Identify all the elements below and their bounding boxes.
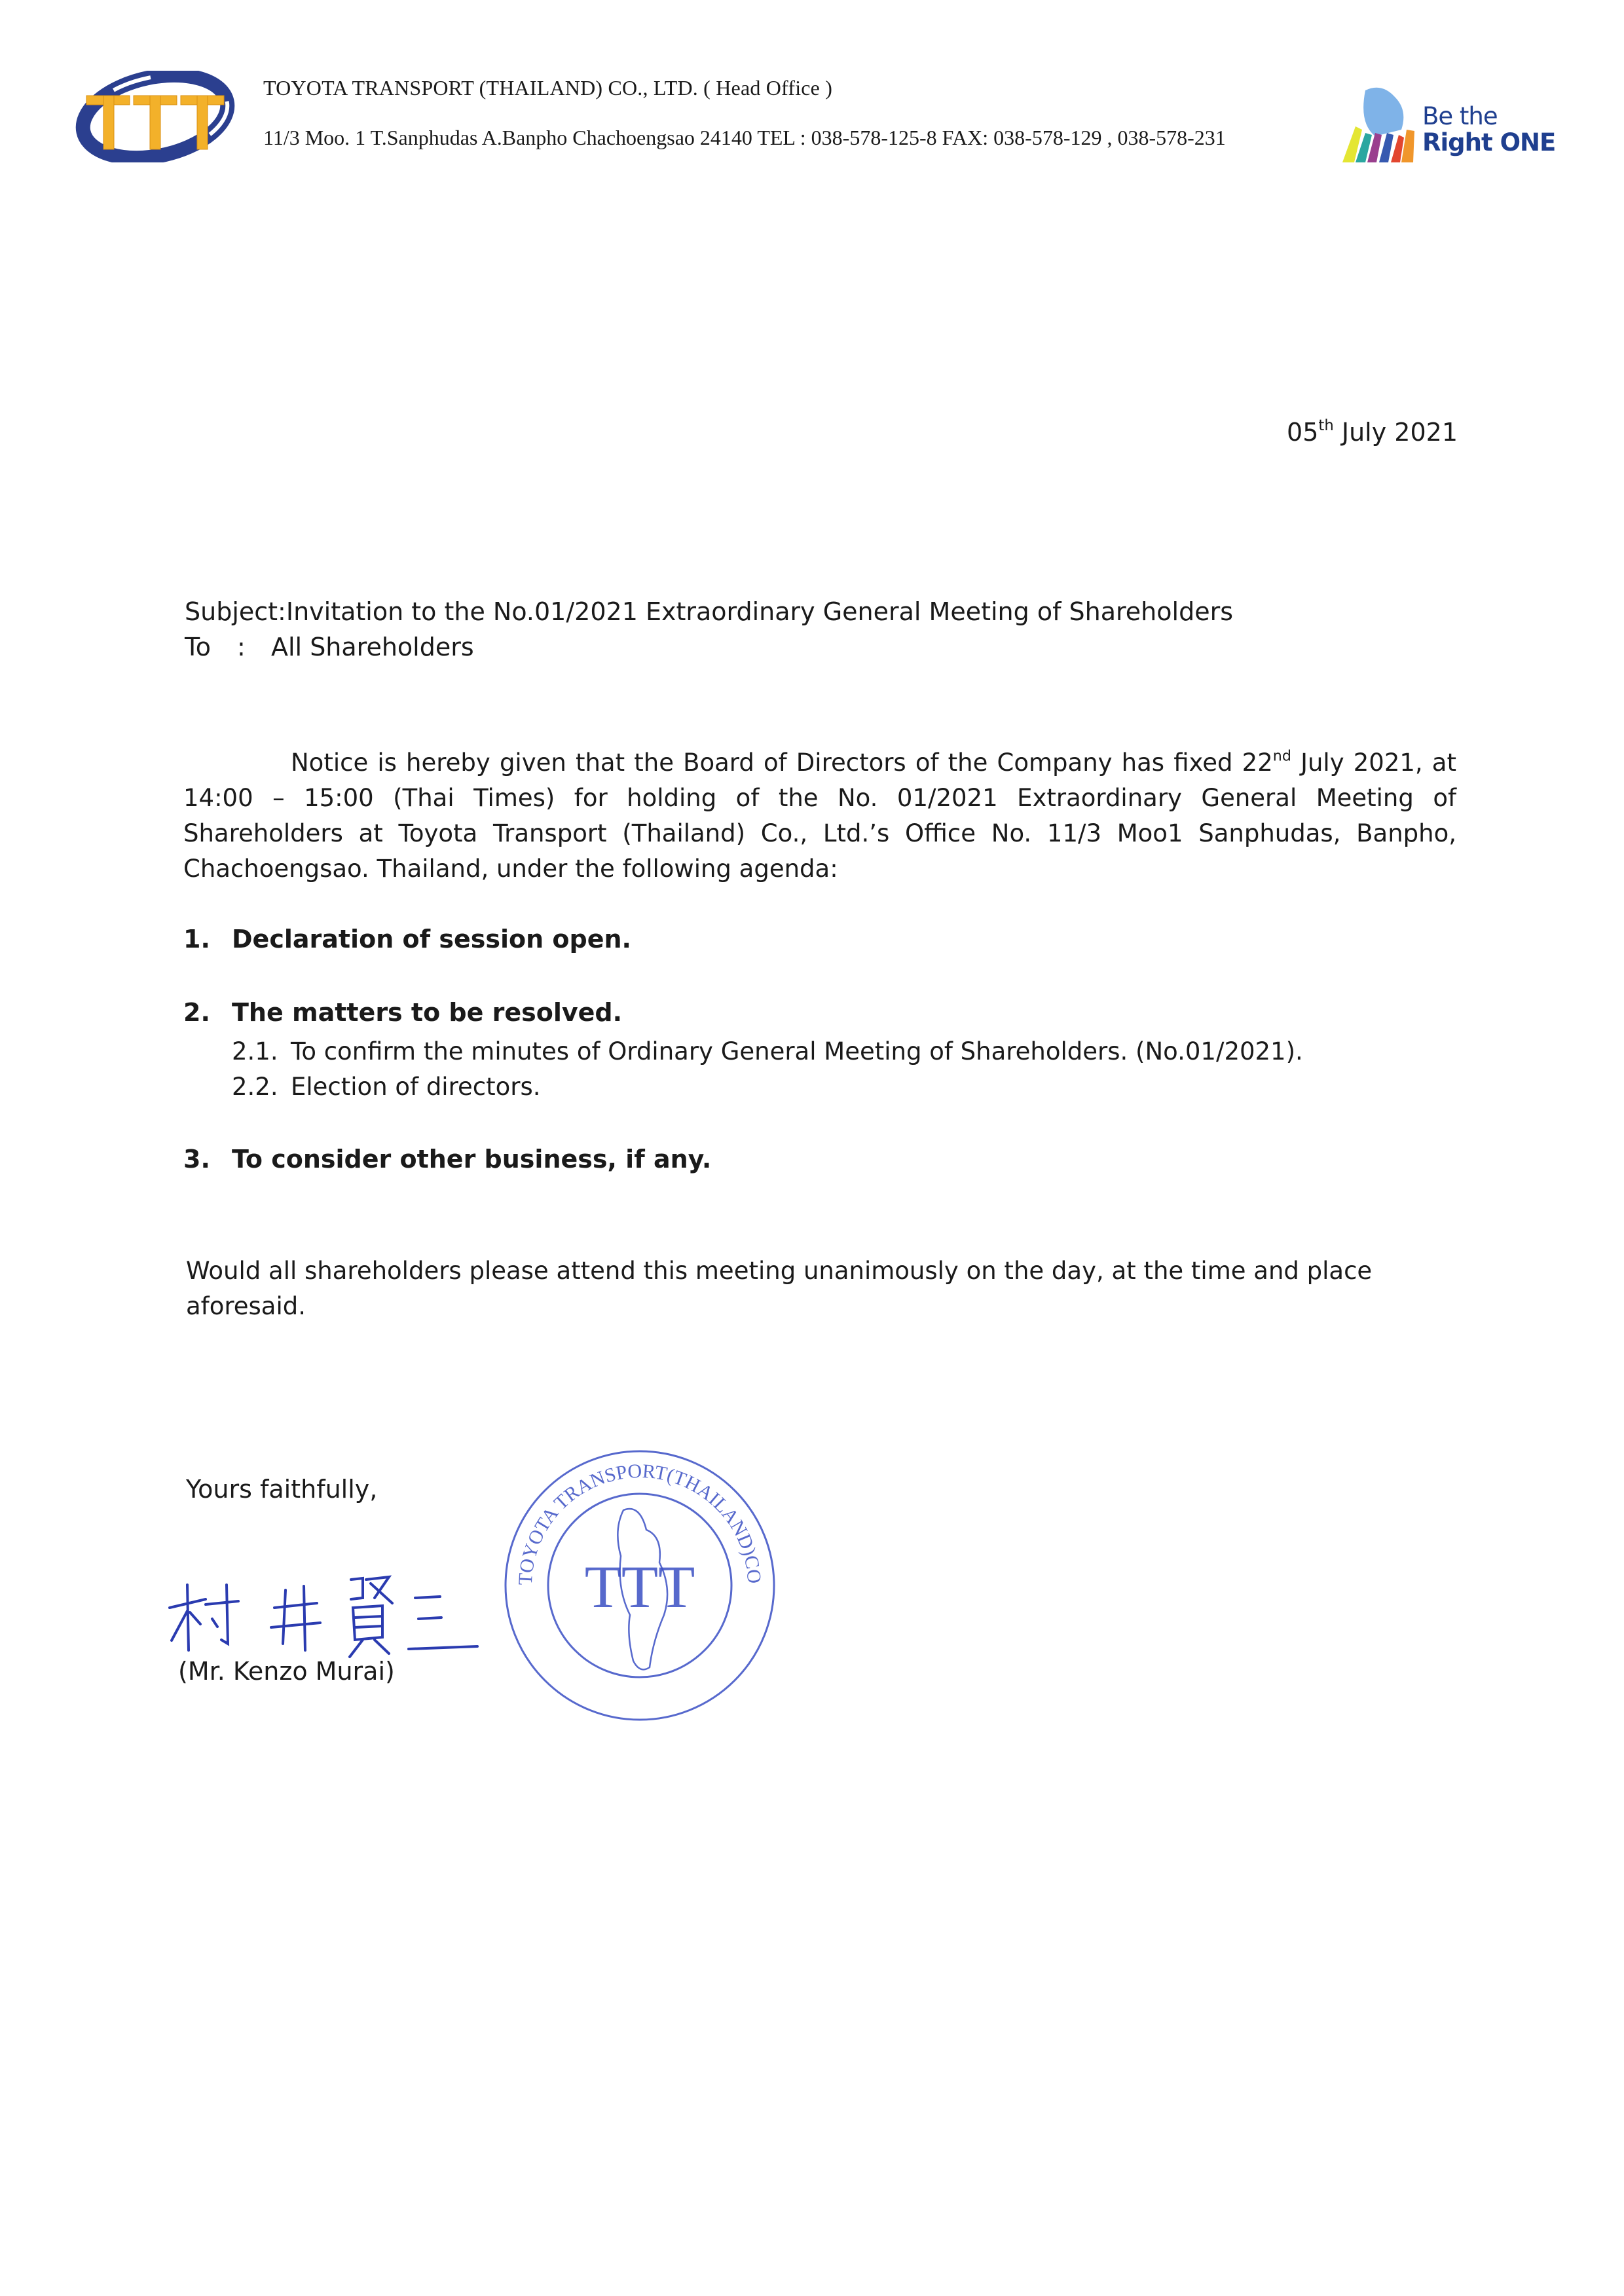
seal-center-text: TTT xyxy=(585,1553,695,1620)
ttt-logo-icon xyxy=(73,71,237,162)
logo-line1: Be the xyxy=(1422,103,1555,130)
be-the-right-one-logo-icon: Be the Right ONE xyxy=(1336,77,1559,169)
sign-off: Yours faithfully, xyxy=(186,1475,377,1504)
notice-paragraph: Notice is hereby given that the Board of… xyxy=(183,745,1456,887)
closing-paragraph: Would all shareholders please attend thi… xyxy=(186,1253,1456,1324)
agenda-item-1: 1.Declaration of session open. xyxy=(183,925,631,954)
agenda-subitem-2-1: 2.1.To confirm the minutes of Ordinary G… xyxy=(232,1037,1303,1065)
agenda-item-3: 3.To consider other business, if any. xyxy=(183,1145,711,1174)
letter-date: 05th July 2021 xyxy=(1287,418,1458,447)
company-address: 11/3 Moo. 1 T.Sanphudas A.Banpho Chachoe… xyxy=(263,126,1226,150)
recipient-line: To:All Shareholders xyxy=(185,633,474,661)
company-name: TOYOTA TRANSPORT (THAILAND) CO., LTD. ( … xyxy=(263,76,832,100)
signature-icon xyxy=(166,1572,481,1663)
agenda-item-2: 2.The matters to be resolved. xyxy=(183,998,622,1027)
subject-line: Subject:Invitation to the No.01/2021 Ext… xyxy=(185,597,1233,626)
logo-line2: Right ONE xyxy=(1422,130,1555,156)
signatory-name: (Mr. Kenzo Murai) xyxy=(178,1657,395,1686)
company-seal-icon: TOYOTA TRANSPORT(THAILAND)CO.,LTD. TTT xyxy=(492,1438,787,1733)
agenda-subitem-2-2: 2.2.Election of directors. xyxy=(232,1073,541,1101)
